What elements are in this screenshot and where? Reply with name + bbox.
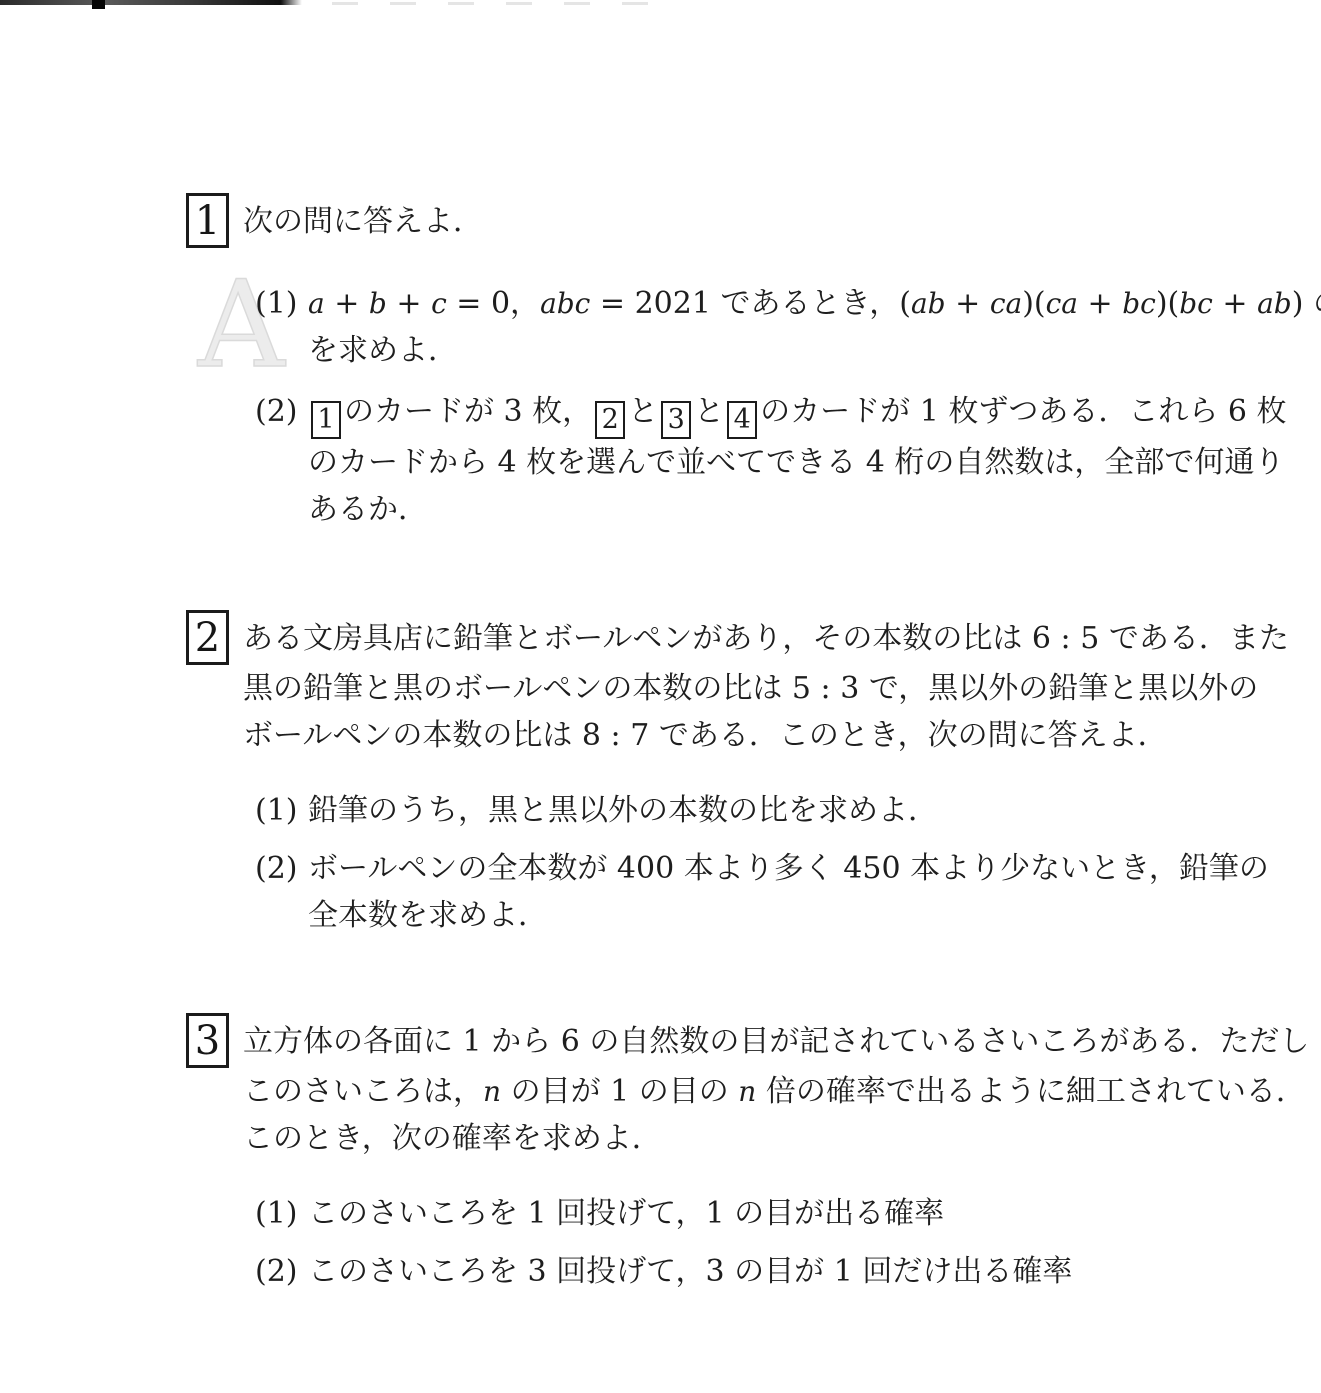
text-run: 黒の鉛筆と黒のボールペンの本数の比は 5 : 3 で，黒以外の鉛筆と黒以外の: [243, 671, 1258, 706]
problem-1: 1次の問に答えよ．(1)a + b + c = 0，abc = 2021 である…: [0, 193, 1321, 533]
problem-header-row: 1次の問に答えよ．: [0, 193, 1321, 248]
text-run: のカードが 1 枚ずつある．これら 6 枚: [760, 394, 1286, 429]
text-run: ボールペンの全本数が 400 本より多く 450 本より少ないとき，鉛筆の: [308, 851, 1269, 886]
text-line: このとき，次の確率を求めよ．: [243, 1115, 1321, 1162]
math-run: a: [308, 287, 325, 320]
math-run: abc: [540, 287, 590, 320]
text-run: と: [694, 394, 724, 429]
text-run: このとき，次の確率を求めよ．: [243, 1121, 662, 1156]
question-item-line: (1)a + b + c = 0，abc = 2021 であるとき，(ab + …: [255, 280, 1321, 327]
text-line: 全本数を求めよ．: [308, 892, 1321, 939]
math-run: ab: [1257, 287, 1292, 320]
text-run: を求めよ．: [308, 333, 458, 368]
text-line: のカードから 4 枚を選んで並べてできる 4 桁の自然数は，全部で何通り: [308, 439, 1321, 486]
math-run: ca: [1046, 287, 1078, 320]
text-run: 倍の確率で出るように細工されている．: [756, 1074, 1306, 1109]
text-run: ) の値: [1292, 286, 1321, 321]
scan-edge-artifact: [0, 0, 302, 5]
item-number-label: (1): [255, 1190, 308, 1237]
math-run: bc: [1122, 287, 1156, 320]
text-run: のカードが 3 枚，: [344, 394, 592, 429]
text-run: 次の問に答えよ．: [243, 204, 483, 239]
question-item-line: (1)このさいころを 1 回投げて，1 の目が出る確率: [255, 1190, 1321, 1237]
card-box: 4: [727, 401, 757, 439]
card-box: 2: [595, 401, 625, 439]
text-run: と: [628, 394, 658, 429]
text-line: を求めよ．: [308, 327, 1321, 374]
math-run: n: [738, 1075, 756, 1108]
problem-number-box: 2: [186, 610, 229, 665]
text-run: +: [387, 286, 431, 321]
math-run: b: [369, 287, 387, 320]
text-run: = 0，: [447, 286, 540, 321]
scan-smudge-artifact: [332, 2, 662, 5]
question-item-line: (1)鉛筆のうち，黒と黒以外の本数の比を求めよ．: [255, 787, 1321, 834]
text-line: ボールペンの本数の比は 8 : 7 である．このとき，次の問に答えよ．: [243, 712, 1321, 759]
problem-statement-line: 次の問に答えよ．: [243, 193, 483, 245]
item-number-label: (1): [255, 787, 308, 834]
math-run: ab: [911, 287, 946, 320]
math-run: ca: [990, 287, 1022, 320]
text-run: +: [325, 286, 369, 321]
text-line: このさいころは，n の目が 1 の目の n 倍の確率で出るように細工されている．: [243, 1068, 1321, 1115]
text-run: あるか．: [308, 492, 428, 527]
text-run: +: [946, 286, 990, 321]
problem-3: 3立方体の各面に 1 から 6 の自然数の目が記されているさいころがある．ただし…: [0, 1013, 1321, 1295]
text-line: 黒の鉛筆と黒のボールペンの本数の比は 5 : 3 で，黒以外の鉛筆と黒以外の: [243, 665, 1321, 712]
question-item-line: (2)このさいころを 3 回投げて，3 の目が 1 回だけ出る確率: [255, 1248, 1321, 1295]
problem-2: 2ある文房具店に鉛筆とボールペンがあり，その本数の比は 6 : 5 である．また…: [0, 610, 1321, 939]
scan-blob-artifact: [92, 0, 105, 9]
problem-header-row: 2ある文房具店に鉛筆とボールペンがあり，その本数の比は 6 : 5 である．また: [0, 610, 1321, 665]
item-number-label: (2): [255, 1248, 308, 1295]
question-item-line: (2)1のカードが 3 枚，2と3と4のカードが 1 枚ずつある．これら 6 枚: [255, 388, 1321, 439]
text-line: あるか．: [308, 486, 1321, 533]
text-run: 全本数を求めよ．: [308, 898, 548, 933]
math-run: n: [483, 1075, 501, 1108]
text-run: のカードから 4 枚を選んで並べてできる 4 桁の自然数は，全部で何通り: [308, 445, 1284, 480]
text-run: +: [1213, 286, 1257, 321]
text-run: )(: [1022, 286, 1045, 321]
text-run: = 2021 であるとき，(: [590, 286, 911, 321]
text-run: このさいころを 1 回投げて，1 の目が出る確率: [308, 1196, 944, 1231]
problem-number-box: 1: [186, 193, 229, 248]
text-run: 立方体の各面に 1 から 6 の自然数の目が記されているさいころがある．ただし: [243, 1024, 1309, 1059]
item-number-label: (1): [255, 280, 308, 327]
math-run: c: [431, 287, 447, 320]
text-run: +: [1078, 286, 1122, 321]
text-run: ある文房具店に鉛筆とボールペンがあり，その本数の比は 6 : 5 である．また: [243, 621, 1289, 656]
problem-statement-line: ある文房具店に鉛筆とボールペンがあり，その本数の比は 6 : 5 である．また: [243, 610, 1289, 662]
text-run: 鉛筆のうち，黒と黒以外の本数の比を求めよ．: [308, 793, 938, 828]
text-run: )(: [1156, 286, 1179, 321]
problem-header-row: 3立方体の各面に 1 から 6 の自然数の目が記されているさいころがある．ただし: [0, 1013, 1321, 1068]
problem-number-box: 3: [186, 1013, 229, 1068]
item-number-label: (2): [255, 845, 308, 892]
scanned-exam-page: A 1次の問に答えよ．(1)a + b + c = 0，abc = 2021 で…: [0, 0, 1321, 1393]
card-box: 1: [311, 401, 341, 439]
card-box: 3: [661, 401, 691, 439]
text-run: の目が 1 の目の: [501, 1074, 738, 1109]
problem-statement-line: 立方体の各面に 1 から 6 の自然数の目が記されているさいころがある．ただし: [243, 1013, 1309, 1065]
question-item-line: (2)ボールペンの全本数が 400 本より多く 450 本より少ないとき，鉛筆の: [255, 845, 1321, 892]
math-run: bc: [1179, 287, 1213, 320]
item-number-label: (2): [255, 388, 308, 435]
text-run: このさいころは，: [243, 1074, 483, 1109]
text-run: ボールペンの本数の比は 8 : 7 である．このとき，次の問に答えよ．: [243, 718, 1168, 753]
text-run: このさいころを 3 回投げて，3 の目が 1 回だけ出る確率: [308, 1254, 1072, 1289]
